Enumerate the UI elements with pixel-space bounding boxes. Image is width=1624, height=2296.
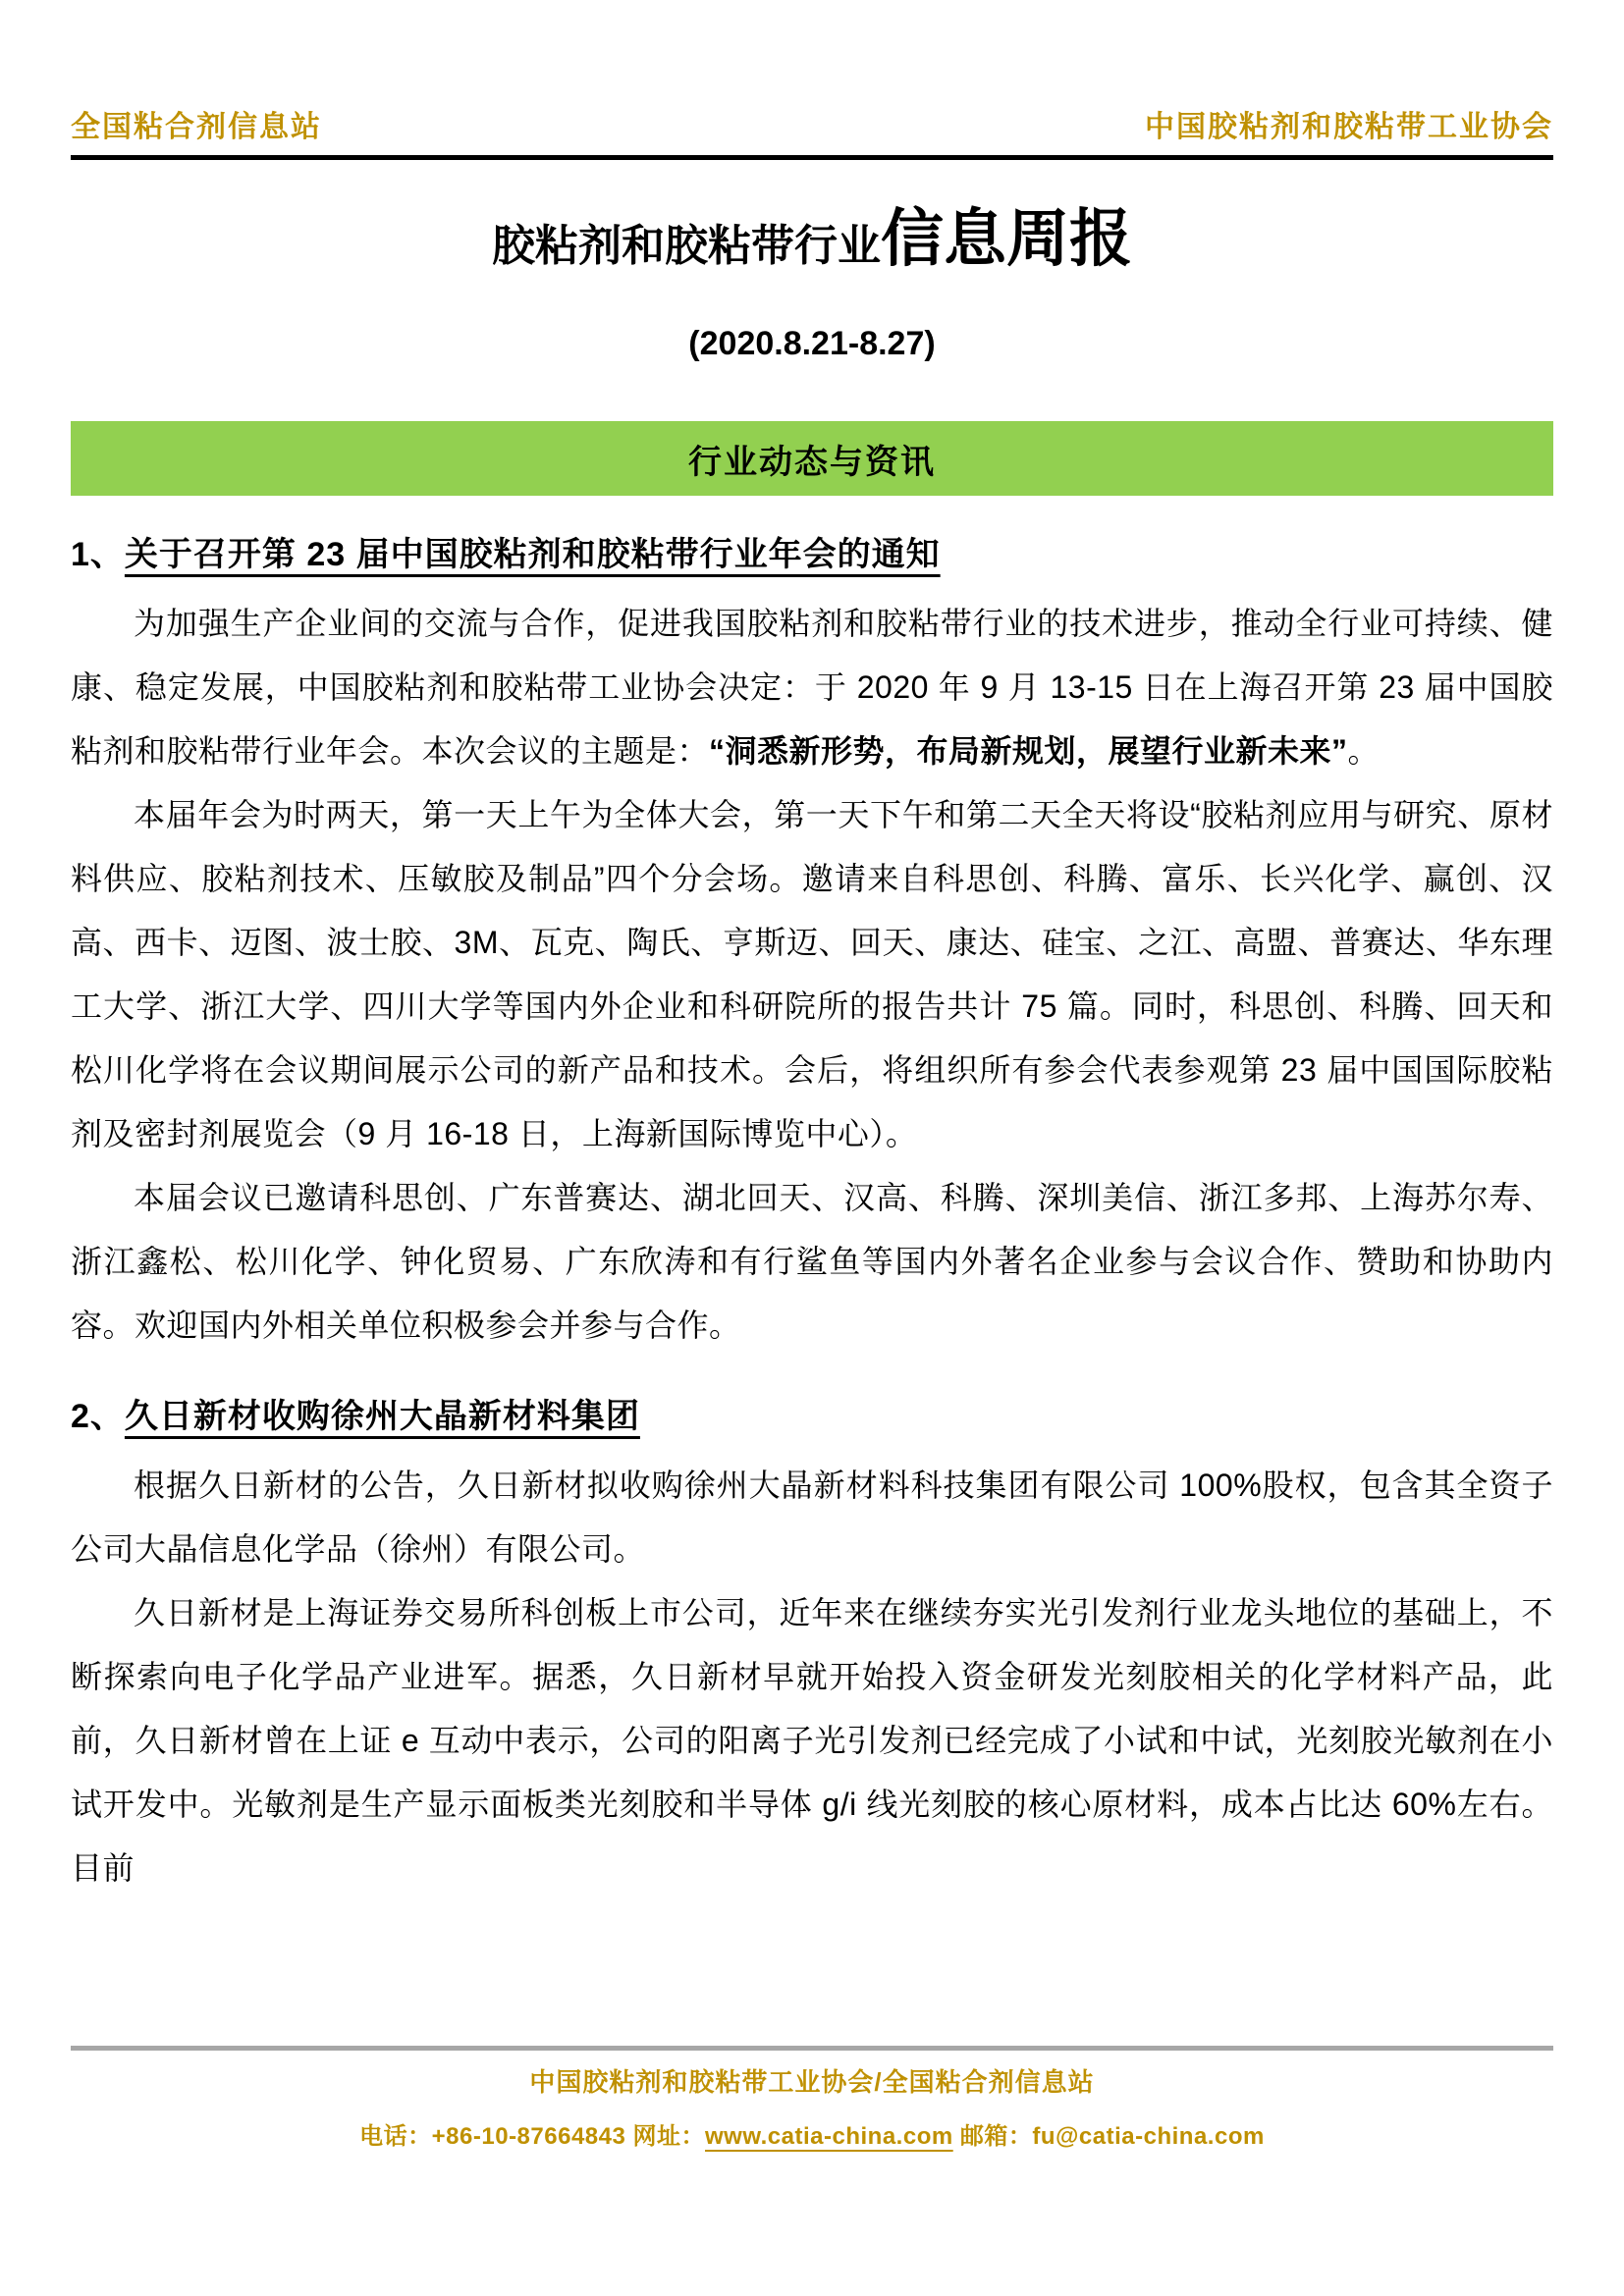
report-title-prefix: 胶粘剂和胶粘带行业	[492, 222, 881, 270]
section-1-paragraph-2: 本届年会为时两天，第一天上午为全体大会，第一天下午和第二天全天将设“胶粘剂应用与…	[71, 783, 1553, 1166]
footer-website-link[interactable]: www.catia-china.com	[705, 2123, 953, 2150]
section-2-heading: 2、久日新材收购徐州大晶新材料集团	[71, 1393, 1553, 1440]
report-date-range: (2020.8.21-8.27)	[0, 321, 1624, 366]
document-page: 全国粘合剂信息站 中国胶粘剂和胶粘带工业协会 胶粘剂和胶粘带行业信息周报 (20…	[0, 0, 1624, 2296]
section-2-heading-text: 久日新材收购徐州大晶新材料集团	[125, 1398, 640, 1435]
section-banner-label: 行业动态与资讯	[688, 435, 936, 483]
section-2-number: 2、	[71, 1398, 125, 1435]
report-title: 胶粘剂和胶粘带行业信息周报	[0, 189, 1624, 305]
header-left-title: 全国粘合剂信息站	[71, 102, 322, 145]
section-1-heading-text: 关于召开第 23 届中国胶粘剂和胶粘带行业年会的通知	[125, 536, 941, 573]
section-2: 2、久日新材收购徐州大晶新材料集团 根据久日新材的公告，久日新材拟收购徐州大晶新…	[71, 1393, 1553, 1900]
section-banner: 行业动态与资讯	[71, 421, 1553, 496]
page-footer: 中国胶粘剂和胶粘带工业协会/全国粘合剂信息站 电话：+86-10-8766484…	[71, 2046, 1553, 2151]
footer-contact-line: 电话：+86-10-87664843 网址：www.catia-china.co…	[71, 2116, 1553, 2151]
paragraph-bold-theme: “洞悉新形势，布局新规划，展望行业新未来”	[709, 733, 1348, 769]
footer-phone-and-web-label: 电话：+86-10-87664843 网址：	[359, 2123, 705, 2150]
paragraph-tail: 。	[1348, 733, 1380, 769]
document-body: 1、关于召开第 23 届中国胶粘剂和胶粘带行业年会的通知 为加强生产企业间的交流…	[71, 531, 1553, 1900]
footer-divider	[71, 2046, 1553, 2051]
section-1-heading: 1、关于召开第 23 届中国胶粘剂和胶粘带行业年会的通知	[71, 531, 1553, 578]
section-2-paragraph-1: 根据久日新材的公告，久日新材拟收购徐州大晶新材料科技集团有限公司 100%股权，…	[71, 1454, 1553, 1581]
report-title-main: 信息周报	[881, 203, 1132, 274]
section-1: 1、关于召开第 23 届中国胶粘剂和胶粘带行业年会的通知 为加强生产企业间的交流…	[71, 531, 1553, 1358]
section-1-paragraph-3: 本届会议已邀请科思创、广东普赛达、湖北回天、汉高、科腾、深圳美信、浙江多邦、上海…	[71, 1166, 1553, 1358]
header-right-title: 中国胶粘剂和胶粘带工业协会	[1145, 102, 1553, 145]
section-1-number: 1、	[71, 536, 125, 573]
section-2-paragraph-2: 久日新材是上海证券交易所科创板上市公司，近年来在继续夯实光引发剂行业龙头地位的基…	[71, 1581, 1553, 1900]
page-header: 全国粘合剂信息站 中国胶粘剂和胶粘带工业协会	[71, 0, 1553, 160]
footer-email: 邮箱：fu@catia-china.com	[953, 2123, 1265, 2150]
footer-organization: 中国胶粘剂和胶粘带工业协会/全国粘合剂信息站	[71, 2062, 1553, 2099]
section-1-paragraph-1: 为加强生产企业间的交流与合作，促进我国胶粘剂和胶粘带行业的技术进步，推动全行业可…	[71, 592, 1553, 783]
